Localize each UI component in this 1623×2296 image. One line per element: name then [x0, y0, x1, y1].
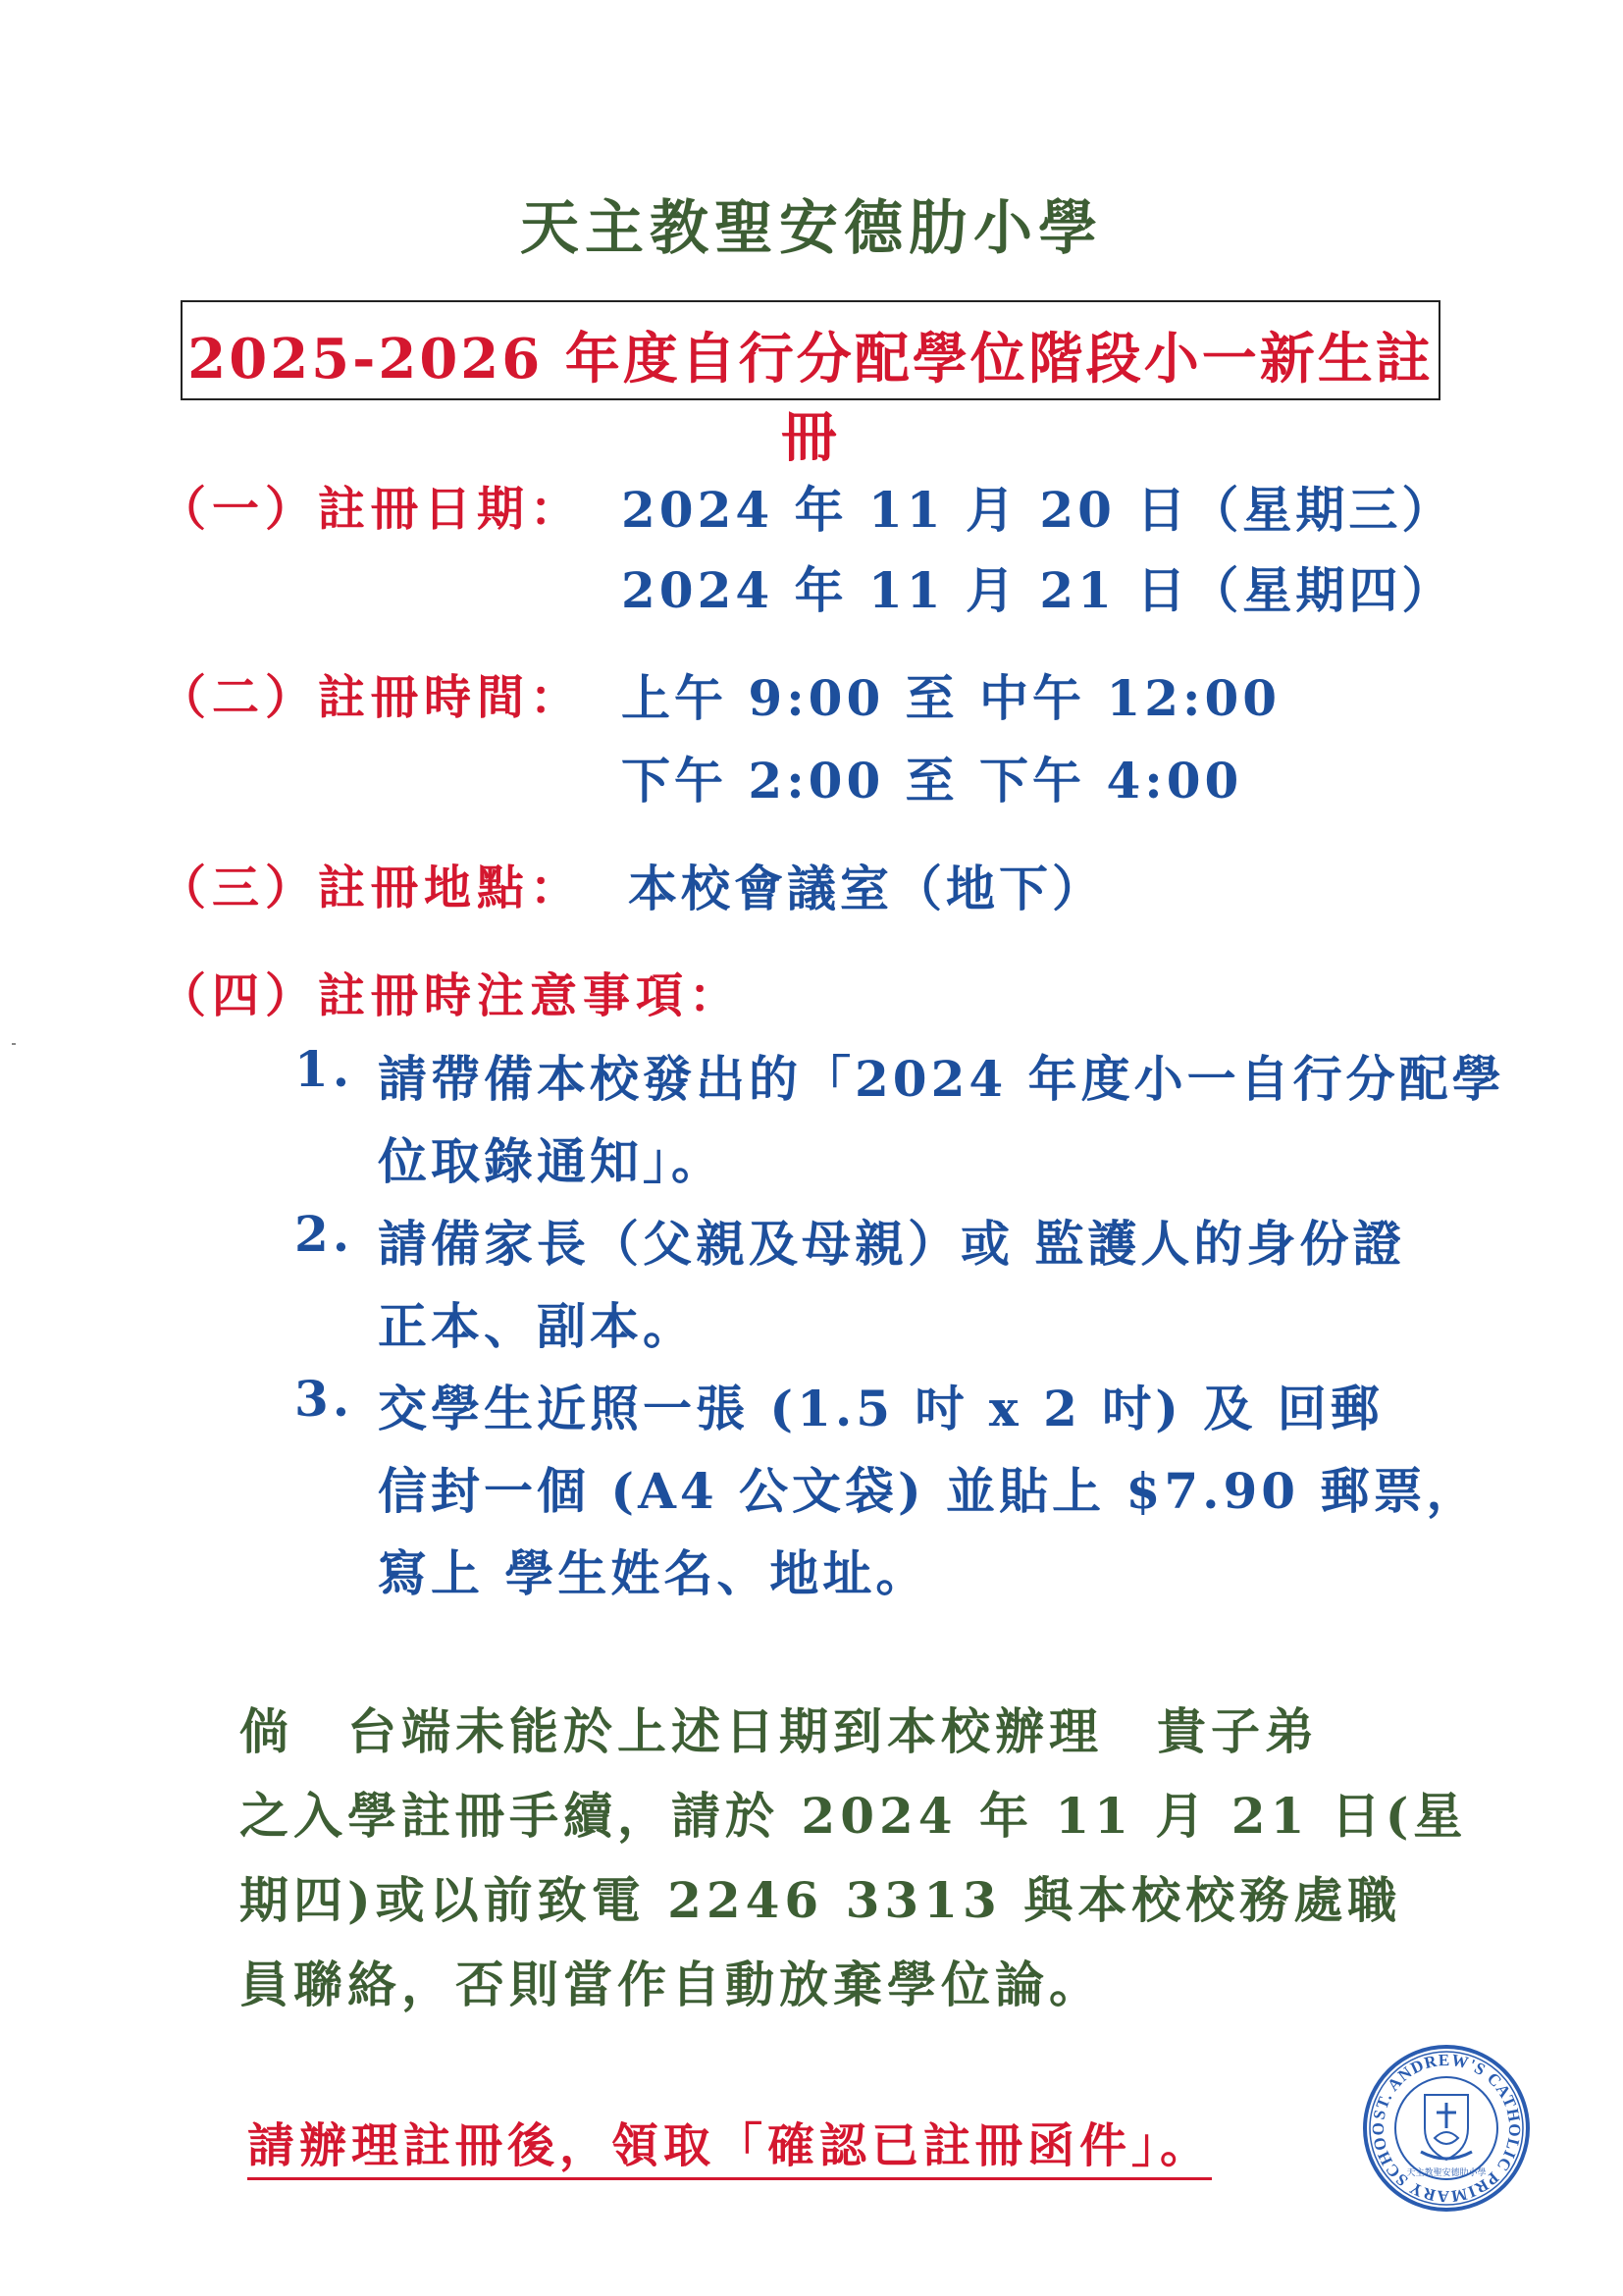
school-stamp: ST. ANDREW'S CATHOLIC PRIMARY SCHOOL ✱ 天…	[1362, 2044, 1531, 2213]
note-number: 1.	[294, 1040, 353, 1098]
school-name: 天主教聖安德肋小學	[0, 182, 1623, 266]
notice-line: 員聯絡，否則當作自動放棄學位論。	[239, 1946, 1103, 2016]
note-number: 3.	[294, 1370, 353, 1428]
notice-line: 期四)或以前致電 2246 3313 與本校校務處職	[239, 1861, 1401, 1932]
school-seal-icon: ST. ANDREW'S CATHOLIC PRIMARY SCHOOL ✱ 天…	[1362, 2044, 1531, 2213]
notice-line: 倘 台端未能於上述日期到本校辦理 貴子弟	[239, 1693, 1319, 1763]
registration-location: 本校會議室（地下）	[628, 850, 1105, 920]
section-label-notes: （四）註冊時注意事項：	[159, 958, 742, 1025]
notice-page: 天主教聖安德肋小學 2025-2026 年度自行分配學位階段小一新生註冊 （一）…	[0, 0, 1623, 2296]
section-label-date: （一）註冊日期：	[159, 471, 583, 539]
svg-text:天主教聖安德肋小學: 天主教聖安德肋小學	[1406, 2166, 1486, 2178]
section-label-location: （三）註冊地點：	[159, 850, 583, 917]
section-label-time: （二）註冊時間：	[159, 659, 583, 727]
document-title: 2025-2026 年度自行分配學位階段小一新生註冊	[183, 316, 1439, 473]
registration-time-1: 上午 9:00 至 中午 12:00	[621, 659, 1281, 730]
note-line: 請備家長（父親及母親）或 監護人的身份證	[378, 1205, 1405, 1276]
note-line: 請帶備本校發出的「2024 年度小一自行分配學	[378, 1040, 1505, 1111]
title-box: 2025-2026 年度自行分配學位階段小一新生註冊	[181, 300, 1440, 400]
registration-time-2: 下午 2:00 至 下午 4:00	[621, 742, 1242, 812]
note-line: 交學生近照一張 (1.5 吋 x 2 吋) 及 回郵	[378, 1370, 1384, 1440]
note-line: 寫上 學生姓名、地址。	[378, 1535, 928, 1605]
notice-line: 之入學註冊手續，請於 2024 年 11 月 21 日(星	[239, 1777, 1467, 1848]
footer-note: 請辦理註冊後，領取「確認已註冊函件」。	[247, 2108, 1212, 2180]
registration-date-1: 2024 年 11 月 20 日（星期三）	[621, 471, 1454, 542]
note-line: 信封一個 (A4 公文袋) 並貼上 $7.90 郵票，	[378, 1452, 1480, 1523]
registration-date-2: 2024 年 11 月 21 日（星期四）	[621, 551, 1454, 622]
note-line: 正本、副本。	[378, 1287, 696, 1358]
note-line: 位取錄通知」。	[378, 1122, 724, 1193]
scan-artifact	[12, 1043, 16, 1045]
note-number: 2.	[294, 1205, 353, 1263]
